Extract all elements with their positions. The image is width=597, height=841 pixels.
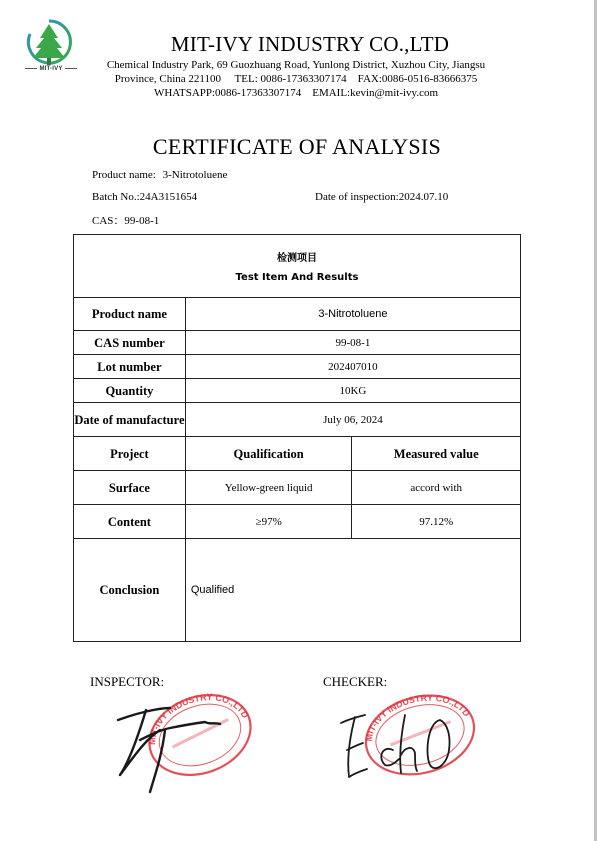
meta-inspection-date: Date of inspection:2024.07.10 [315, 191, 448, 203]
result-qualification: Yellow-green liquid [185, 471, 352, 505]
conclusion-label: Conclusion [74, 539, 186, 642]
row-value: 3-Nitrotoluene [185, 298, 520, 331]
address-line-2: Province, China 221100 TEL: 0086-1736330… [86, 72, 506, 86]
results-table: 检测项目 Test Item And Results Product name … [73, 234, 521, 642]
table-row: Quantity 10KG [74, 379, 521, 403]
table-header-cn: 检测项目 [74, 249, 520, 264]
row-label: Quantity [74, 379, 186, 403]
table-row: Date of manufacture July 06, 2024 [74, 403, 521, 437]
inspection-date-label: Date of inspection: [315, 191, 399, 203]
conclusion-value: Qualified [185, 539, 520, 642]
result-measured: accord with [352, 471, 521, 505]
row-value: 10KG [185, 379, 520, 403]
batch-label: Batch No.: [92, 191, 140, 203]
row-label: Lot number [74, 355, 186, 379]
col-header-measured: Measured value [352, 437, 521, 471]
address-line-3: WHATSAPP:0086-17363307174 EMAIL:kevin@mi… [86, 86, 506, 100]
table-header-en: Test Item And Results [74, 272, 520, 283]
table-row: Surface Yellow-green liquid accord with [74, 471, 521, 505]
document-page: MIT-IVY MIT-IVY INDUSTRY CO.,LTD Chemica… [0, 0, 594, 841]
result-project: Content [74, 505, 186, 539]
meta-batch: Batch No.:24A3151654 [92, 191, 197, 203]
logo-text: MIT-IVY [20, 66, 82, 72]
meta-cas: CAS：99-08-1 [92, 212, 159, 228]
results-header-row: Project Qualification Measured value [74, 437, 521, 471]
table-header-row: 检测项目 Test Item And Results [74, 235, 521, 298]
row-label: Date of manufacture [74, 403, 186, 437]
conclusion-row: Conclusion Qualified [74, 539, 521, 642]
col-header-project: Project [74, 437, 186, 471]
row-label: CAS number [74, 331, 186, 355]
inspector-signature-icon [110, 700, 240, 795]
row-value: 202407010 [185, 355, 520, 379]
table-row: Product name 3-Nitrotoluene [74, 298, 521, 331]
result-project: Surface [74, 471, 186, 505]
inspection-date-value: 2024.07.10 [399, 191, 449, 203]
result-measured: 97.12% [352, 505, 521, 539]
row-value: July 06, 2024 [185, 403, 520, 437]
result-qualification: ≥97% [185, 505, 352, 539]
cas-label: CAS： [92, 215, 124, 227]
checker-signature-icon [335, 695, 465, 785]
company-name: MIT-IVY INDUSTRY CO.,LTD [160, 32, 460, 57]
product-name-label: Product name: [92, 169, 156, 181]
table-row: Content ≥97% 97.12% [74, 505, 521, 539]
address-line-1: Chemical Industry Park, 69 Guozhuang Roa… [86, 58, 506, 72]
page-title: CERTIFICATE OF ANALYSIS [0, 134, 594, 160]
meta-product-name: Product name: 3-Nitrotoluene [92, 169, 227, 181]
product-name-value: 3-Nitrotoluene [163, 169, 228, 181]
table-row: CAS number 99-08-1 [74, 331, 521, 355]
batch-value: 24A3151654 [140, 191, 197, 203]
table-row: Lot number 202407010 [74, 355, 521, 379]
row-label: Product name [74, 298, 186, 331]
cas-value: 99-08-1 [124, 215, 159, 227]
row-value: 99-08-1 [185, 331, 520, 355]
col-header-qualification: Qualification [185, 437, 352, 471]
